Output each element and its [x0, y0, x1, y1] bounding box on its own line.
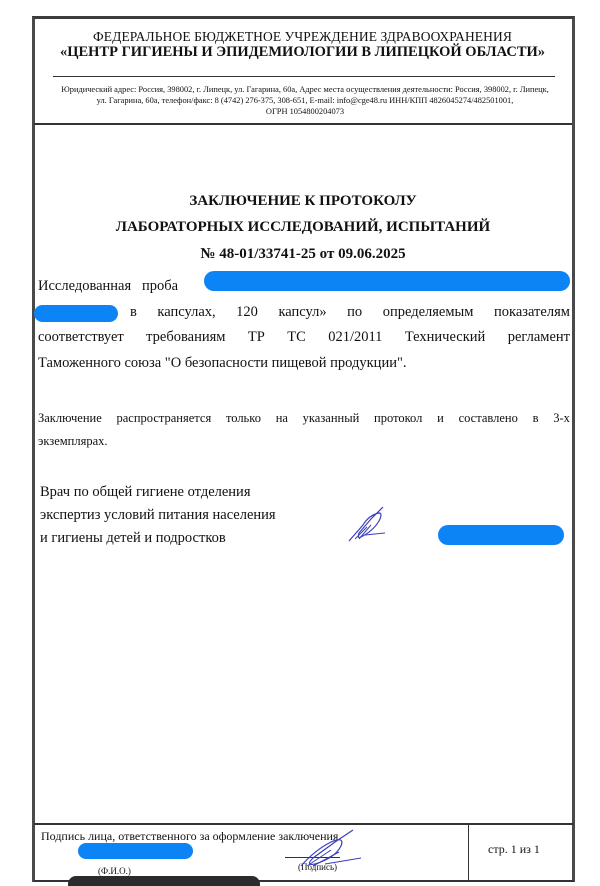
body-line-2: в капсулах, 120 капсул» по определяемым …: [130, 304, 570, 321]
redacted-sample-name-cont: [34, 305, 118, 322]
word: на: [276, 411, 288, 426]
org-address: Юридический адрес: Россия, 398002, г. Ли…: [30, 84, 580, 117]
word: и: [437, 411, 444, 426]
protocol-number: № 48-01/33741-25 от 09.06.2025: [34, 246, 572, 263]
document-frame: [32, 16, 575, 882]
header-bottom-divider: [34, 123, 572, 125]
word: в: [130, 304, 137, 321]
word: протокол: [374, 411, 422, 426]
word: определяемым: [383, 304, 474, 321]
word: регламент: [508, 329, 570, 346]
signatory-line-2: экспертиз условий питания населения: [40, 507, 276, 524]
signatory-line-3: и гигиены детей и подростков: [40, 530, 226, 547]
word: составлено: [459, 411, 518, 426]
body-line-4: Таможенного союза "О безопасности пищево…: [38, 355, 407, 372]
signatory-line-1: Врач по общей гигиене отделения: [40, 484, 251, 501]
word: капсулах,: [157, 304, 215, 321]
responsible-signature-label: Подпись лица, ответственного за оформлен…: [41, 829, 338, 844]
word: показателям: [494, 304, 570, 321]
signature-icon: [345, 505, 395, 545]
redacted-responsible-name: [78, 843, 193, 859]
word: 120: [236, 304, 258, 321]
word: капсул»: [278, 304, 326, 321]
org-name-line1: ФЕДЕРАЛЬНОЕ БЮДЖЕТНОЕ УЧРЕЖДЕНИЕ ЗДРАВОО…: [30, 29, 575, 45]
redacted-signatory-name: [438, 525, 564, 545]
body-line-1: Исследованная проба: [38, 278, 178, 295]
word: ТР: [248, 329, 265, 346]
word: Технический: [405, 329, 485, 346]
document-title-line2: ЛАБОРАТОРНЫХ ИССЛЕДОВАНИЙ, ИСПЫТАНИЙ: [34, 219, 572, 236]
fio-caption: (Ф.И.О.): [98, 866, 131, 876]
responsible-signature-icon: [295, 828, 365, 870]
note-line-1: Заключение распространяется только на ук…: [38, 411, 570, 426]
word: только: [226, 411, 261, 426]
word: Исследованная: [38, 278, 131, 294]
org-name-line2: «ЦЕНТР ГИГИЕНЫ И ЭПИДЕМИОЛОГИИ В ЛИПЕЦКО…: [30, 44, 575, 61]
note-line-2: экземплярах.: [38, 434, 108, 449]
document-title-line1: ЗАКЛЮЧЕНИЕ К ПРОТОКОЛУ: [34, 193, 572, 210]
footer-column-divider: [468, 824, 469, 882]
address-line-3: ОГРН 1054800204073: [30, 106, 580, 117]
word: проба: [142, 278, 178, 294]
word: в: [533, 411, 539, 426]
page-number: стр. 1 из 1: [488, 842, 540, 857]
word: указанный: [303, 411, 360, 426]
address-line-2: ул. Гагарина, 60а, телефон/факс: 8 (4742…: [30, 95, 580, 106]
word: распространяется: [116, 411, 211, 426]
redacted-sample-name: [204, 271, 570, 291]
address-line-1: Юридический адрес: Россия, 398002, г. Ли…: [30, 84, 580, 95]
word: 3-х: [553, 411, 570, 426]
word: соответствует: [38, 329, 124, 346]
word: ТС: [287, 329, 306, 346]
body-line-3: соответствует требованиям ТР ТС 021/2011…: [38, 329, 570, 346]
overlay-bar: [68, 876, 260, 886]
footer-divider: [34, 823, 574, 825]
header-divider: [53, 76, 555, 77]
word: по: [347, 304, 362, 321]
word: Заключение: [38, 411, 102, 426]
word: требованиям: [146, 329, 225, 346]
word: 021/2011: [328, 329, 382, 346]
